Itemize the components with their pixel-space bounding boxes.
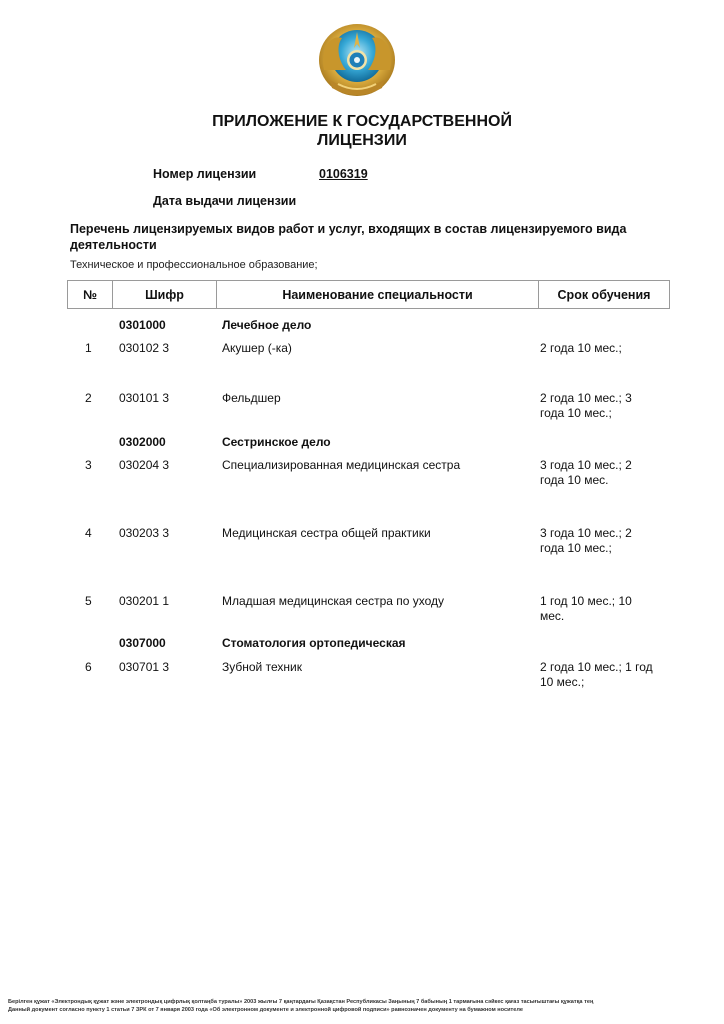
row-number: 6 xyxy=(85,660,97,675)
column-header-name: Наименование специальности xyxy=(217,281,539,309)
row-duration: 2 года 10 мес.; 3 года 10 мес.; xyxy=(540,391,655,421)
row-name: Медицинская сестра общей практики xyxy=(222,526,431,541)
license-number-value: 0106319 xyxy=(319,167,368,181)
group-code: 0302000 xyxy=(119,435,166,450)
column-header-number: № xyxy=(68,281,113,309)
activity-type-subtitle: Техническое и профессиональное образован… xyxy=(70,259,318,271)
row-number: 1 xyxy=(85,341,97,356)
footer-line-kazakh: Берілген құжат «Электрондық құжат және э… xyxy=(8,998,718,1006)
group-code: 0307000 xyxy=(119,636,166,651)
row-code: 030204 3 xyxy=(119,458,169,473)
row-duration: 1 год 10 мес.; 10 мес. xyxy=(540,594,655,624)
row-code: 030203 3 xyxy=(119,526,169,541)
group-name: Сестринское дело xyxy=(222,435,331,450)
license-date-label: Дата выдачи лицензии xyxy=(153,194,296,208)
row-name: Фельдшер xyxy=(222,391,281,406)
row-code: 030102 3 xyxy=(119,341,169,356)
column-header-duration: Срок обучения xyxy=(539,281,670,309)
row-duration: 3 года 10 мес.; 2 года 10 мес.; xyxy=(540,526,655,556)
row-code: 030201 1 xyxy=(119,594,169,609)
state-emblem xyxy=(316,20,398,98)
footer-line-russian: Данный документ согласно пункту 1 статьи… xyxy=(8,1006,718,1014)
kazakhstan-state-emblem-icon xyxy=(316,20,398,98)
group-name: Стоматология ортопедическая xyxy=(222,636,406,651)
row-number: 2 xyxy=(85,391,97,406)
row-name: Специализированная медицинская сестра xyxy=(222,458,460,473)
group-code: 0301000 xyxy=(119,318,166,333)
row-duration: 2 года 10 мес.; 1 год 10 мес.; xyxy=(540,660,655,690)
licensed-activities-heading: Перечень лицензируемых видов работ и усл… xyxy=(70,221,670,253)
legal-footer: Берілген құжат «Электрондық құжат және э… xyxy=(8,998,718,1014)
column-header-code: Шифр xyxy=(113,281,217,309)
group-name: Лечебное дело xyxy=(222,318,311,333)
row-number: 3 xyxy=(85,458,97,473)
document-title: ПРИЛОЖЕНИЕ К ГОСУДАРСТВЕННОЙ ЛИЦЕНЗИИ xyxy=(0,112,724,150)
row-name: Младшая медицинская сестра по уходу xyxy=(222,594,444,609)
row-code: 030701 3 xyxy=(119,660,169,675)
row-code: 030101 3 xyxy=(119,391,169,406)
row-number: 4 xyxy=(85,526,97,541)
row-duration: 2 года 10 мес.; xyxy=(540,341,655,356)
specialties-table-header: № Шифр Наименование специальности Срок о… xyxy=(67,280,670,309)
row-name: Акушер (-ка) xyxy=(222,341,292,356)
title-line-2: ЛИЦЕНЗИИ xyxy=(0,131,724,150)
title-line-1: ПРИЛОЖЕНИЕ К ГОСУДАРСТВЕННОЙ xyxy=(0,112,724,131)
license-number-label: Номер лицензии xyxy=(153,167,256,181)
row-duration: 3 года 10 мес.; 2 года 10 мес. xyxy=(540,458,655,488)
row-name: Зубной техник xyxy=(222,660,302,675)
row-number: 5 xyxy=(85,594,97,609)
